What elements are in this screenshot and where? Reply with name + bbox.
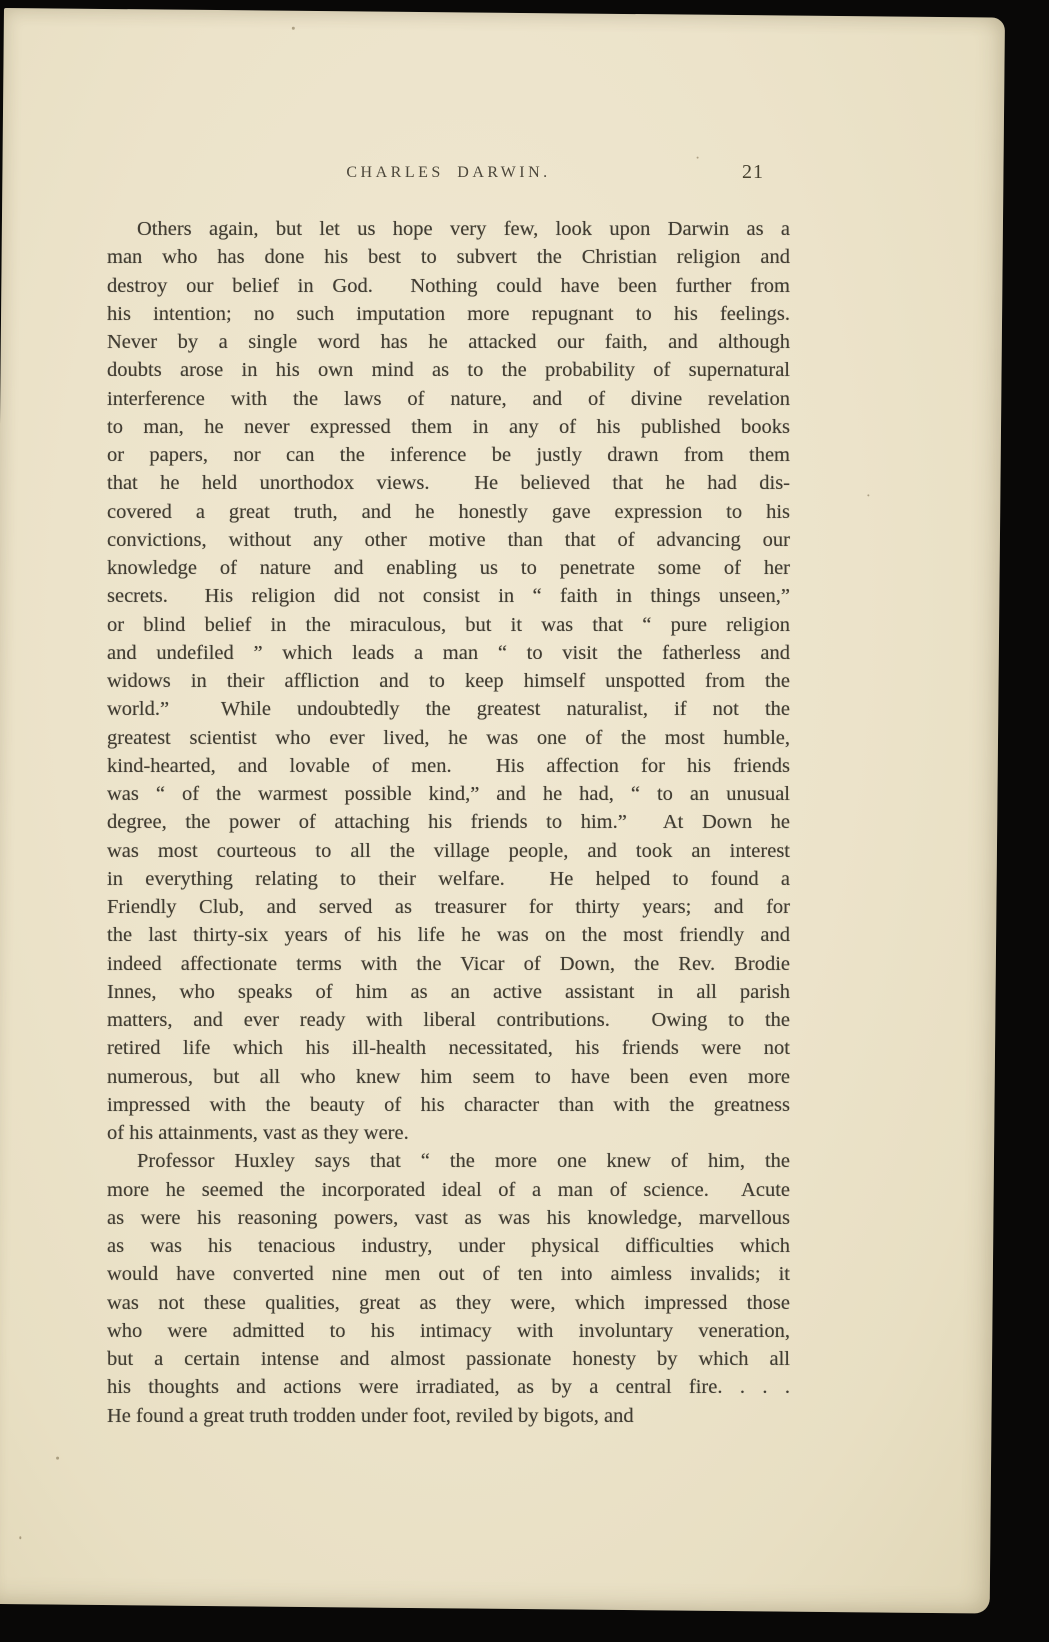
text-line: numerous, but all who knew him seem to h…	[107, 1063, 790, 1091]
text-line: degree, the power of attaching his frien…	[107, 808, 790, 836]
text-line: in everything relating to their welfare.…	[107, 865, 790, 893]
text-line: or papers, nor can the inference be just…	[107, 441, 790, 469]
text-line: greatest scientist who ever lived, he wa…	[107, 724, 790, 752]
text-line: that he held unorthodox views. He believ…	[107, 469, 790, 497]
text-line: and undefiled ” which leads a man “ to v…	[107, 639, 790, 667]
header-title: CHARLES DARWIN.	[107, 164, 790, 182]
paragraph: Others again, but let us hope very few, …	[107, 215, 790, 1147]
text-line: destroy our belief in God. Nothing could…	[107, 272, 790, 300]
text-line: as was his tenacious industry, under phy…	[107, 1232, 790, 1260]
paragraph: Professor Huxley says that “ the more on…	[107, 1147, 790, 1430]
text-line: who were admitted to his intimacy with i…	[107, 1317, 790, 1345]
text-line: knowledge of nature and enabling us to p…	[107, 554, 790, 582]
text-line: or blind belief in the miraculous, but i…	[107, 611, 790, 639]
text-line: widows in their affliction and to keep h…	[107, 667, 790, 695]
text-line: matters, and ever ready with liberal con…	[107, 1006, 790, 1034]
text-line: to man, he never expressed them in any o…	[107, 413, 790, 441]
page-body: Others again, but let us hope very few, …	[107, 215, 790, 1430]
text-line: would have converted nine men out of ten…	[107, 1260, 790, 1288]
text-line: Never by a single word has he attacked o…	[107, 328, 790, 356]
text-line: doubts arose in his own mind as to the p…	[107, 356, 790, 384]
text-line: man who has done his best to subvert the…	[107, 243, 790, 271]
running-header: CHARLES DARWIN. 21	[107, 164, 790, 188]
text-line: covered a great truth, and he honestly g…	[107, 498, 790, 526]
text-line: Professor Huxley says that “ the more on…	[107, 1147, 790, 1175]
text-line: Friendly Club, and served as treasurer f…	[107, 893, 790, 921]
text-line: his intention; no such imputation more r…	[107, 300, 790, 328]
text-line: his thoughts and actions were irradiated…	[107, 1373, 790, 1401]
page-number: 21	[742, 161, 764, 184]
text-line: was not these qualities, great as they w…	[107, 1289, 790, 1317]
scan-background: CHARLES DARWIN. 21 Others again, but let…	[0, 0, 1049, 1642]
text-line: the last thirty-six years of his life he…	[107, 921, 790, 949]
text-line: but a certain intense and almost passion…	[107, 1345, 790, 1373]
text-line: impressed with the beauty of his charact…	[107, 1091, 790, 1119]
text-line: interference with the laws of nature, an…	[107, 385, 790, 413]
text-line: Innes, who speaks of him as an active as…	[107, 978, 790, 1006]
text-line: world.” While undoubtedly the greatest n…	[107, 695, 790, 723]
text-line: He found a great truth trodden under foo…	[107, 1402, 790, 1430]
text-line: indeed affectionate terms with the Vicar…	[107, 950, 790, 978]
text-line: secrets. His religion did not consist in…	[107, 582, 790, 610]
page-content: CHARLES DARWIN. 21 Others again, but let…	[0, 0, 1049, 1642]
text-line: convictions, without any other motive th…	[107, 526, 790, 554]
text-line: as were his reasoning powers, vast as wa…	[107, 1204, 790, 1232]
text-line: was most courteous to all the village pe…	[107, 837, 790, 865]
text-line: more he seemed the incorporated ideal of…	[107, 1176, 790, 1204]
text-line: kind-hearted, and lovable of men. His af…	[107, 752, 790, 780]
text-line: retired life which his ill-health necess…	[107, 1034, 790, 1062]
text-line: was “ of the warmest possible kind,” and…	[107, 780, 790, 808]
text-line: Others again, but let us hope very few, …	[107, 215, 790, 243]
text-line: of his attainments, vast as they were.	[107, 1119, 790, 1147]
